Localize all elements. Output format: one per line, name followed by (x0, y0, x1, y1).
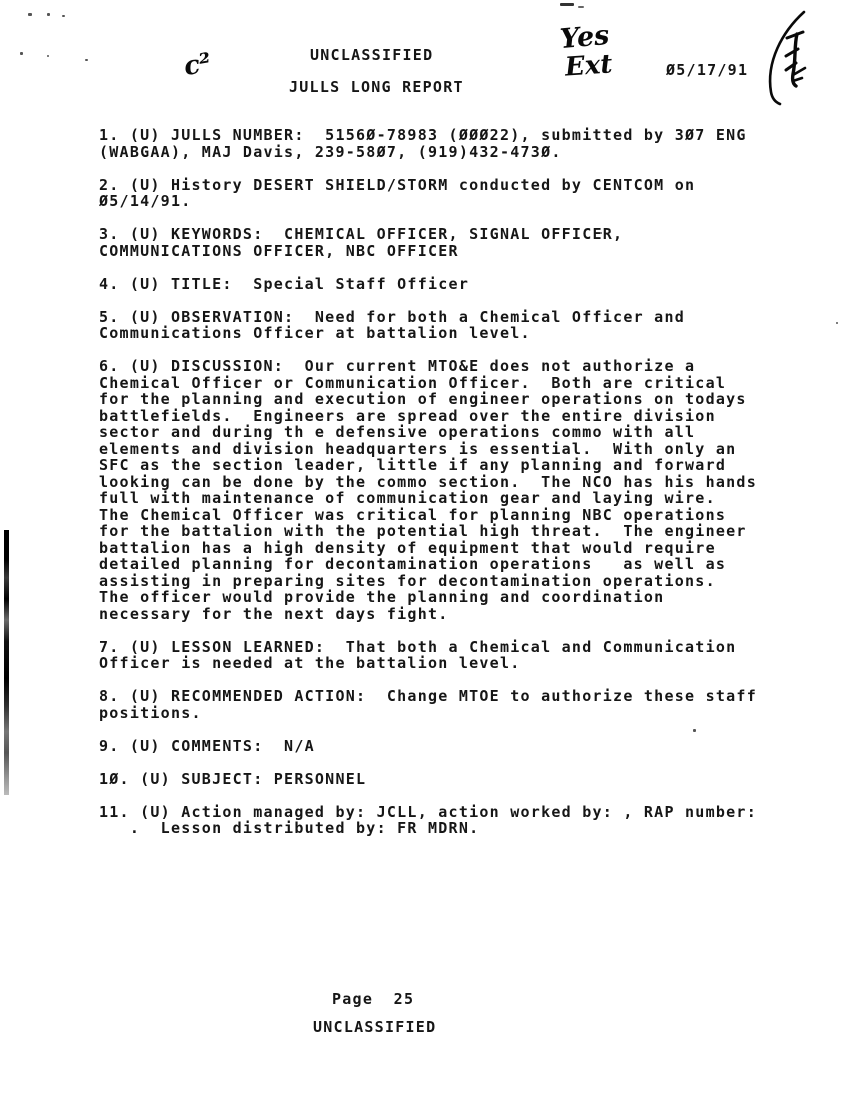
paragraph-9-comments: 9. (U) COMMENTS: N/A (99, 738, 757, 755)
handwritten-flourish-mark (752, 8, 816, 112)
scan-speck (28, 13, 32, 16)
paragraph-7-lesson-learned: 7. (U) LESSON LEARNED: That both a Chemi… (99, 639, 757, 672)
scan-speck (47, 13, 50, 16)
header-classification: UNCLASSIFIED (310, 46, 433, 64)
scan-speck (47, 55, 49, 57)
scan-speck (836, 322, 838, 324)
handwritten-c2-annotation: c² (182, 50, 213, 80)
pen-flourish-icon (752, 8, 816, 112)
paragraph-8-recommended-action: 8. (U) RECOMMENDED ACTION: Change MTOE t… (99, 688, 757, 721)
paragraph-11-action-managed: 11. (U) Action managed by: JCLL, action … (99, 804, 757, 837)
paragraph-4-title: 4. (U) TITLE: Special Staff Officer (99, 276, 757, 293)
scan-speck (20, 52, 23, 55)
date-stamp: Ø5/17/91 (666, 61, 748, 79)
paragraph-2-history: 2. (U) History DESERT SHIELD/STORM condu… (99, 177, 757, 210)
scan-speck (560, 3, 574, 6)
scan-speck (85, 59, 88, 61)
paragraph-5-observation: 5. (U) OBSERVATION: Need for both a Chem… (99, 309, 757, 342)
scan-streak-artifact (4, 530, 9, 795)
paragraph-6-discussion: 6. (U) DISCUSSION: Our current MTO&E doe… (99, 358, 757, 622)
paragraph-3-keywords: 3. (U) KEYWORDS: CHEMICAL OFFICER, SIGNA… (99, 226, 757, 259)
scan-speck (62, 15, 65, 17)
report-title: JULLS LONG REPORT (289, 78, 464, 96)
footer-classification: UNCLASSIFIED (313, 1018, 436, 1036)
handwritten-ext-annotation: Ext (564, 51, 613, 80)
paragraph-10-subject: 1Ø. (U) SUBJECT: PERSONNEL (99, 771, 757, 788)
scanned-report-page: UNCLASSIFIED JULLS LONG REPORT Ø5/17/91 … (0, 0, 856, 1104)
handwritten-yes-annotation: Yes (559, 22, 610, 53)
footer-page-number: Page 25 (332, 990, 414, 1008)
scan-speck (578, 6, 584, 8)
report-body: 1. (U) JULLS NUMBER: 5156Ø-78983 (ØØØ22)… (99, 127, 757, 853)
paragraph-1-julls-number: 1. (U) JULLS NUMBER: 5156Ø-78983 (ØØØ22)… (99, 127, 757, 160)
